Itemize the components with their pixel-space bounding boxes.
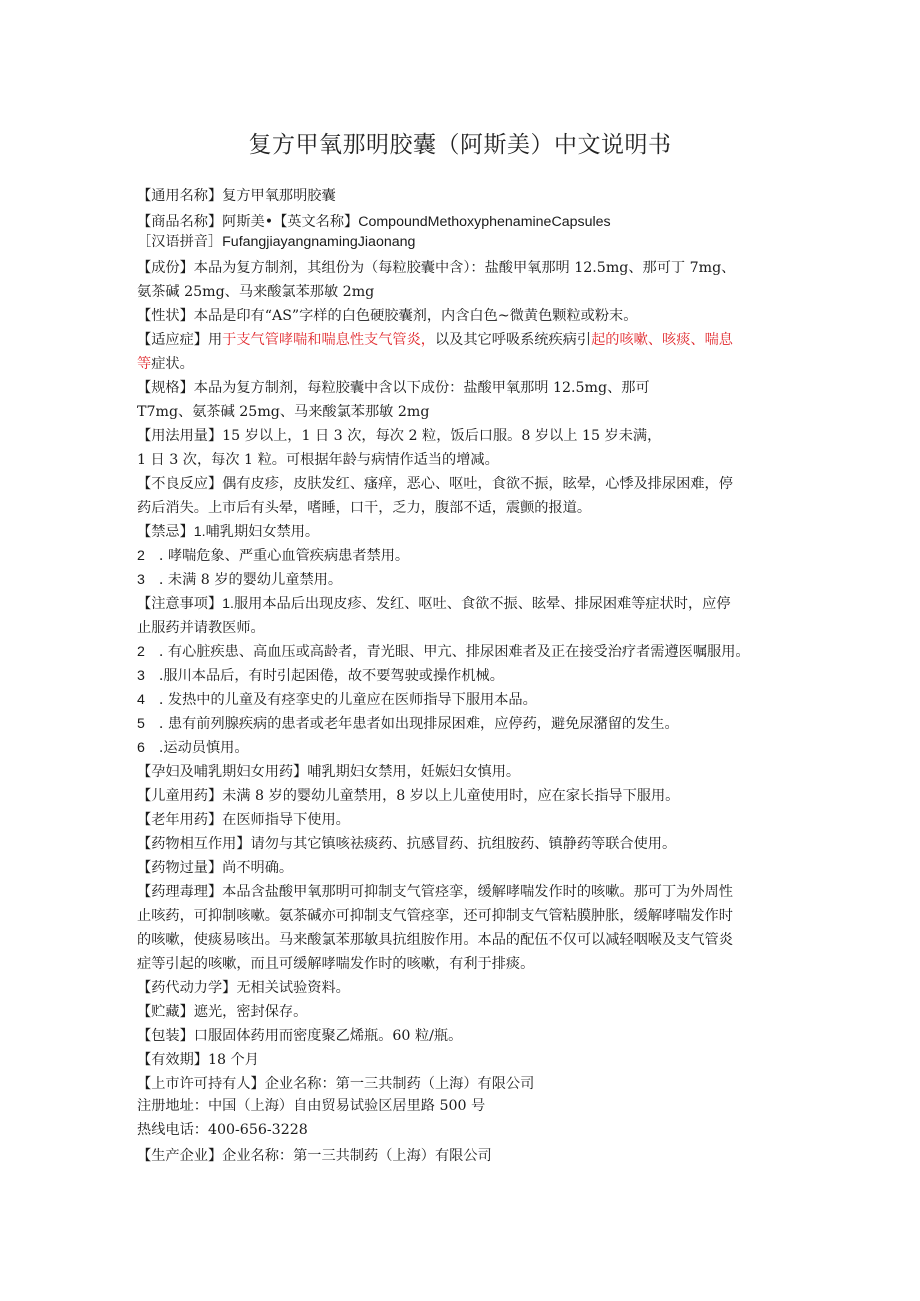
adverse-row-1: 【不良反应】偶有皮疹，皮肤发红、瘙痒，恶心、呕吐，食欲不振，眩晕，心悸及排尿困难… [137, 472, 787, 496]
mah-label: 【上市许可持有人】 [137, 1076, 265, 1092]
storage-row: 【贮藏】遮光，密封保存。 [137, 1000, 787, 1024]
geriatric-label: 【老年用药】 [137, 812, 222, 828]
contraindications-num-2: 2 [137, 548, 145, 564]
precautions-num-2: 2 [137, 644, 145, 660]
mah-hotline: 热线电话：400-656-3228 [137, 1122, 308, 1138]
pharmacology-row-2: 止咳药，可抑制咳嗽。氨茶碱亦可抑制支气管痉挛，还可抑制支气管粘膜肿胀，缓解哮喘发… [137, 904, 787, 928]
indications-text-1: 用 [208, 332, 222, 348]
trade-name-label: 【商品名称】 [137, 214, 222, 230]
interactions-text: 请勿与其它镇咳祛痰药、抗感冒药、抗组胺药、镇静药等联合使用。 [251, 836, 677, 852]
validity-text: 18 个月 [208, 1052, 259, 1068]
precautions-row-1b: 止服药并请教医师。 [137, 616, 787, 640]
validity-label: 【有效期】 [137, 1052, 208, 1068]
pharmacokinetics-label: 【药代动力学】 [137, 980, 236, 996]
contraindications-row-2: 2. 哮喘危象、严重心血管疾病患者禁用。 [137, 544, 787, 568]
contraindications-text-2: . 哮喘危象、严重心血管疾病患者禁用。 [159, 548, 409, 564]
mah-address-row: 注册地址：中国（上海）自由贸易试验区居里路 500 号 [137, 1094, 787, 1118]
trade-name-value: 阿斯美• [222, 214, 273, 230]
pharmacology-label: 【药理毒理】 [137, 884, 222, 900]
geriatric-row: 【老年用药】在医师指导下使用。 [137, 808, 787, 832]
precautions-row-4: 4. 发热中的儿童及有痉挛史的儿童应在医师指导下服用本品。 [137, 688, 787, 712]
precautions-text-1a: 服用本品后出现皮疹、发红、呕吐、食欲不振、眩晕、排尿困难等症状时，应停 [234, 596, 731, 612]
precautions-text-3: .服川本品后，有时引起困倦，故不要驾驶或操作机械。 [159, 668, 504, 684]
contraindications-num-1: 1. [194, 524, 206, 540]
manufacturer-label: 【生产企业】 [137, 1148, 222, 1164]
pharmacology-row-3: 的咳嗽，使痰易咳出。马来酸氯苯那敏具抗组胺作用。本品的配伍不仅可以减轻咽喉及支气… [137, 928, 787, 952]
dosage-row-2: 1 日 3 次，每次 1 粒。可根据年龄与病情作适当的增减。 [137, 448, 787, 472]
pharmacokinetics-row: 【药代动力学】无相关试验资料。 [137, 976, 787, 1000]
indications-text-3: 症状。 [151, 356, 194, 372]
pharmacology-text-4: 症等引起的咳嗽，而且可缓解哮喘发作时的咳嗽，有利于排痰。 [137, 956, 534, 972]
precautions-row-3: 3.服川本品后，有时引起困倦，故不要驾驶或操作机械。 [137, 664, 787, 688]
pinyin-row: ［汉语拼音］FufangjiayangnamingJiaonang [137, 232, 787, 252]
contraindications-row-3: 3. 未满 8 岁的婴幼儿童禁用。 [137, 568, 787, 592]
precautions-row-1: 【注意事项】1.服用本品后出现皮疹、发红、呕吐、食欲不振、眩晕、排尿困难等症状时… [137, 592, 787, 616]
contraindications-num-3: 3 [137, 572, 145, 588]
adverse-row-2: 药后消失。上市后有头晕，嗜睡，口干，乏力，腹部不适，震颤的报道。 [137, 496, 787, 520]
storage-label: 【贮藏】 [137, 1004, 194, 1020]
storage-text: 遮光，密封保存。 [194, 1004, 308, 1020]
adverse-label: 【不良反应】 [137, 476, 222, 492]
pharmacology-text-2: 止咳药，可抑制咳嗽。氨茶碱亦可抑制支气管痉挛，还可抑制支气管粘膜肿胀，缓解哮喘发… [137, 908, 733, 924]
composition-text-1: 本品为复方制剂，其组份为（每粒胶囊中含）：盐酸甲氧那明 12.5mg、那可丁 7… [194, 260, 736, 276]
pregnancy-text: 哺乳期妇女禁用，妊娠妇女慎用。 [307, 764, 520, 780]
generic-name-value: 复方甲氧那明胶囊 [222, 188, 336, 204]
composition-label: 【成份】 [137, 260, 194, 276]
precautions-text-4: . 发热中的儿童及有痉挛史的儿童应在医师指导下服用本品。 [159, 692, 537, 708]
interactions-label: 【药物相互作用】 [137, 836, 251, 852]
pharmacology-row-1: 【药理毒理】本品含盐酸甲氧那明可抑制支气管痉挛，缓解哮喘发作时的咳嗽。那可丁为外… [137, 880, 787, 904]
adverse-text-2: 药后消失。上市后有头晕，嗜睡，口干，乏力，腹部不适，震颤的报道。 [137, 500, 591, 516]
precautions-text-5: . 患有前列腺疾病的患者或老年患者如出现排尿困难，应停药，避免尿潴留的发生。 [159, 716, 679, 732]
specification-row-2: T7mg、氨茶碱 25mg、马来酸氯苯那敏 2mg [137, 400, 787, 424]
document-title: 复方甲氧那明胶囊（阿斯美）中文说明书 [0, 126, 920, 159]
precautions-label: 【注意事项】 [137, 596, 222, 612]
specification-text-2: T7mg、氨茶碱 25mg、马来酸氯苯那敏 2mg [137, 404, 429, 420]
precautions-num-3: 3 [137, 668, 145, 684]
indications-row-2: 等症状。 [137, 352, 787, 376]
manufacturer-company: 企业名称：第一三共制药（上海）有限公司 [222, 1148, 492, 1164]
contraindications-label: 【禁忌】 [137, 524, 194, 540]
composition-row-1: 【成份】本品为复方制剂，其组份为（每粒胶囊中含）：盐酸甲氧那明 12.5mg、那… [137, 256, 787, 280]
precautions-num-4: 4 [137, 692, 145, 708]
composition-text-2: 氨茶碱 25mg、马来酸氯苯那敏 2mg [137, 284, 374, 300]
pinyin-label: ［汉语拼音］ [137, 234, 222, 250]
description-text: 本品是印有“AS”字样的白色硬胶囊剂，内含白色~微黄色颗粒或粉末。 [194, 308, 638, 324]
pediatric-row: 【儿童用药】未满 8 岁的婴幼儿童禁用，8 岁以上儿童使用时，应在家长指导下服用… [137, 784, 787, 808]
generic-name-row: 【通用名称】复方甲氧那明胶囊 [137, 184, 787, 210]
precautions-text-6: .运动员慎用。 [159, 740, 249, 756]
package-row: 【包装】口服固体药用而密度聚乙烯瓶。60 粒/瓶。 [137, 1024, 787, 1048]
validity-row: 【有效期】18 个月 [137, 1048, 787, 1072]
mah-row: 【上市许可持有人】企业名称：第一三共制药（上海）有限公司 [137, 1074, 787, 1094]
pediatric-text: 未满 8 岁的婴幼儿童禁用，8 岁以上儿童使用时，应在家长指导下服用。 [222, 788, 679, 804]
interactions-row: 【药物相互作用】请勿与其它镇咳祛痰药、抗感冒药、抗组胺药、镇静药等联合使用。 [137, 832, 787, 856]
precautions-num-5: 5 [137, 716, 145, 732]
indications-highlight-2: 起的咳嗽、咳痰、喘息 [591, 332, 733, 348]
precautions-text-2: . 有心脏疾患、高血压或高龄者，青光眼、甲亢、排尿困难者及正在接受治疗者需遵医嘱… [159, 644, 750, 660]
dosage-text-2: 1 日 3 次，每次 1 粒。可根据年龄与病情作适当的增减。 [137, 452, 499, 468]
indications-highlight-1: 于支气管哮喘和喘息性支气管炎， [222, 332, 435, 348]
pregnancy-row: 【孕妇及哺乳期妇女用药】哺乳期妇女禁用，妊娠妇女慎用。 [137, 760, 787, 784]
pharmacology-text-1: 本品含盐酸甲氧那明可抑制支气管痉挛，缓解哮喘发作时的咳嗽。那可丁为外周性 [222, 884, 733, 900]
generic-name-label: 【通用名称】 [137, 188, 222, 204]
manufacturer-row: 【生产企业】企业名称：第一三共制药（上海）有限公司 [137, 1144, 787, 1168]
geriatric-text: 在医师指导下使用。 [222, 812, 350, 828]
document-page: 复方甲氧那明胶囊（阿斯美）中文说明书 【通用名称】复方甲氧那明胶囊 【商品名称】… [0, 0, 920, 1301]
english-name-label: 【英文名称】 [273, 214, 358, 230]
overdose-text: 尚不明确。 [222, 860, 293, 876]
pharmacology-row-4: 症等引起的咳嗽，而且可缓解哮喘发作时的咳嗽，有利于排痰。 [137, 952, 787, 976]
pharmacology-text-3: 的咳嗽，使痰易咳出。马来酸氯苯那敏具抗组胺作用。本品的配伍不仅可以减轻咽喉及支气… [137, 932, 733, 948]
precautions-row-2: 2. 有心脏疾患、高血压或高龄者，青光眼、甲亢、排尿困难者及正在接受治疗者需遵医… [137, 640, 787, 664]
dosage-label: 【用法用量】 [137, 428, 222, 444]
overdose-row: 【药物过量】尚不明确。 [137, 856, 787, 880]
specification-text-1: 本品为复方制剂，每粒胶囊中含以下成份：盐酸甲氧那明 12.5mg、那可 [194, 380, 650, 396]
pharmacokinetics-text: 无相关试验资料。 [236, 980, 350, 996]
indications-row-1: 【适应症】用于支气管哮喘和喘息性支气管炎，以及其它呼吸系统疾病引起的咳嗽、咳痰、… [137, 328, 787, 352]
english-name-value: CompoundMethoxyphenamineCapsules [358, 214, 610, 230]
composition-row-2: 氨茶碱 25mg、马来酸氯苯那敏 2mg [137, 280, 787, 304]
description-row: 【性状】本品是印有“AS”字样的白色硬胶囊剂，内含白色~微黄色颗粒或粉末。 [137, 304, 787, 328]
precautions-row-6: 6.运动员慎用。 [137, 736, 787, 760]
mah-company: 企业名称：第一三共制药（上海）有限公司 [265, 1076, 535, 1092]
contraindications-row-1: 【禁忌】1.哺乳期妇女禁用。 [137, 520, 787, 544]
pediatric-label: 【儿童用药】 [137, 788, 222, 804]
precautions-num-6: 6 [137, 740, 145, 756]
description-label: 【性状】 [137, 308, 194, 324]
indications-highlight-3: 等 [137, 356, 151, 372]
pregnancy-label: 【孕妇及哺乳期妇女用药】 [137, 764, 307, 780]
indications-text-2: 以及其它呼吸系统疾病引 [435, 332, 591, 348]
mah-address: 注册地址：中国（上海）自由贸易试验区居里路 500 号 [137, 1098, 485, 1114]
specification-row-1: 【规格】本品为复方制剂，每粒胶囊中含以下成份：盐酸甲氧那明 12.5mg、那可 [137, 376, 787, 400]
specification-label: 【规格】 [137, 380, 194, 396]
package-text: 口服固体药用而密度聚乙烯瓶。60 粒/瓶。 [194, 1028, 463, 1044]
indications-label: 【适应症】 [137, 332, 208, 348]
precautions-text-1b: 止服药并请教医师。 [137, 620, 265, 636]
precautions-num-1: 1. [222, 596, 234, 612]
trade-name-row: 【商品名称】阿斯美•【英文名称】CompoundMethoxyphenamine… [137, 212, 787, 232]
precautions-row-5: 5. 患有前列腺疾病的患者或老年患者如出现排尿困难，应停药，避免尿潴留的发生。 [137, 712, 787, 736]
dosage-text-1: 15 岁以上，1 日 3 次，每次 2 粒，饭后口服。8 岁以上 15 岁未满， [222, 428, 661, 444]
pinyin-value: FufangjiayangnamingJiaonang [222, 234, 415, 250]
contraindications-text-3: . 未满 8 岁的婴幼儿童禁用。 [159, 572, 342, 588]
dosage-row-1: 【用法用量】15 岁以上，1 日 3 次，每次 2 粒，饭后口服。8 岁以上 1… [137, 424, 787, 448]
document-body: 【通用名称】复方甲氧那明胶囊 【商品名称】阿斯美•【英文名称】CompoundM… [137, 184, 787, 1168]
adverse-text-1: 偶有皮疹，皮肤发红、瘙痒，恶心、呕吐，食欲不振，眩晕，心悸及排尿困难，停 [222, 476, 733, 492]
mah-hotline-row: 热线电话：400-656-3228 [137, 1118, 787, 1142]
package-label: 【包装】 [137, 1028, 194, 1044]
overdose-label: 【药物过量】 [137, 860, 222, 876]
contraindications-text-1: 哺乳期妇女禁用。 [206, 524, 320, 540]
